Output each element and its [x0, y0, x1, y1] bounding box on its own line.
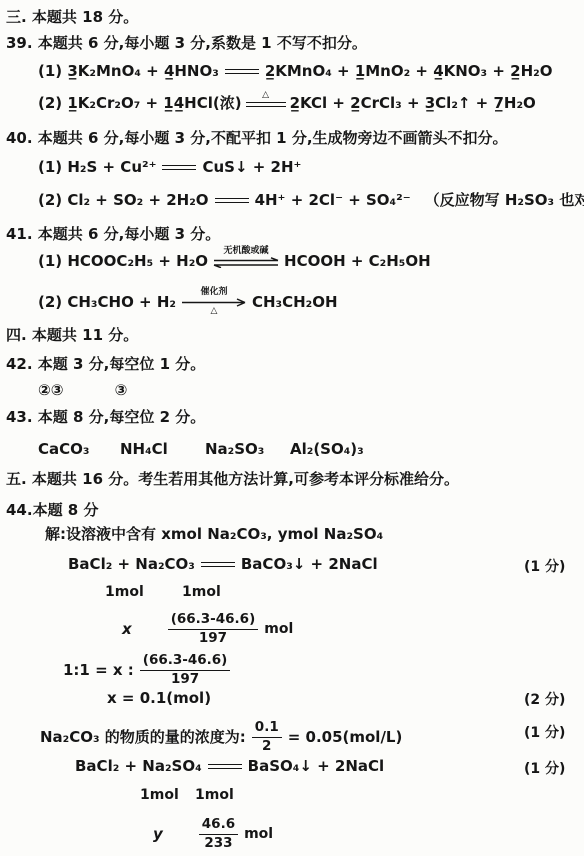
q40-equation-2: (2) Cl₂ + SO₂ + 2H₂O 4H⁺ + 2Cl⁻ + SO₄²⁻ … — [38, 191, 584, 209]
equals-sign — [225, 69, 259, 74]
part4-heading: 四. 本题共 11 分。 — [6, 326, 138, 344]
q41-heading: 41. 本题共 6 分,每小题 3 分。 — [6, 225, 220, 243]
part5-heading: 五. 本题共 16 分。考生若用其他方法计算,可参考本评分标准给分。 — [6, 470, 459, 488]
equation-rhs: 2̲KMnO₄ + 1̲MnO₂ + 4̲KNO₃ + 2̲H₂O — [265, 62, 553, 80]
answer-blank-2: NH₄Cl — [120, 440, 168, 458]
reaction-arrow-with-conditions: 催化剂 △ — [180, 288, 248, 317]
equation-lhs: BaCl₂ + Na₂SO₄ — [75, 757, 202, 775]
q39-equation-2: (2) 1̲K₂Cr₂O₇ + 1̲4̲HCl(浓) △ 2̲KCl + 2̲C… — [38, 94, 536, 112]
alternative-answer-note: （反应物写 H₂SO₃ 也对） — [425, 191, 584, 209]
equation-rhs: BaCO₃↓ + 2NaCl — [241, 555, 378, 573]
fraction: (66.3-46.6) 197 — [140, 652, 231, 688]
equals-sign — [208, 764, 242, 769]
equals-sign — [246, 102, 286, 107]
mol-amount: 1mol — [140, 787, 179, 804]
equation-lhs: (2) 1̲K₂Cr₂O₇ + 1̲4̲HCl(浓) — [38, 94, 242, 112]
q42-heading: 42. 本题 3 分,每空位 1 分。 — [6, 355, 205, 373]
answer-blank-1: ②③ — [38, 381, 63, 399]
answer-blank-3: Na₂SO₃ — [205, 440, 264, 458]
equals-sign — [215, 198, 249, 203]
answer-blank-4: Al₂(SO₄)₃ — [290, 440, 364, 458]
exam-answer-key-page: 三. 本题共 18 分。 39. 本题共 6 分,每小题 3 分,系数是 1 不… — [0, 0, 584, 856]
fraction: (66.3-46.6) 197 — [168, 611, 259, 647]
variable-y: y — [153, 825, 163, 843]
q42-answers: ②③ ③ — [38, 381, 127, 399]
q44-solution-intro: 解:设溶液中含有 xmol Na₂CO₃, ymol Na₂SO₄ — [45, 525, 383, 543]
q44-x-result: x = 0.1(mol) — [107, 689, 211, 707]
equation-rhs: BaSO₄↓ + 2NaCl — [248, 757, 385, 775]
q44-heading: 44.本题 8 分 — [6, 501, 98, 519]
q44-equation-1: BaCl₂ + Na₂CO₃ BaCO₃↓ + 2NaCl — [68, 555, 378, 573]
fraction-denominator: 233 — [204, 835, 232, 853]
score-label: (1 分) — [524, 722, 565, 742]
equation-rhs: 2̲KCl + 2̲CrCl₃ + 3̲Cl₂↑ + 7̲H₂O — [290, 94, 536, 112]
answer-blank-1: CaCO₃ — [38, 440, 89, 458]
delta-icon: △ — [210, 307, 217, 317]
q41-equation-2: (2) CH₃CHO + H₂ 催化剂 △ CH₃CH₂OH — [38, 288, 338, 317]
equation-rhs: CuS↓ + 2H⁺ — [202, 158, 301, 176]
concentration-text: Na₂CO₃ 的物质的量的浓度为: — [40, 728, 246, 746]
mol-amount: 1mol — [182, 584, 221, 601]
equation-rhs: CH₃CH₂OH — [252, 293, 338, 311]
score-label: (2 分) — [524, 689, 565, 709]
q44-equation-2: BaCl₂ + Na₂SO₄ BaSO₄↓ + 2NaCl — [75, 757, 384, 775]
q44-ratio-y-row: y 46.6 233 mol — [153, 816, 273, 852]
equation-lhs: (1) H₂S + Cu²⁺ — [38, 158, 156, 176]
fraction: 46.6 233 — [199, 816, 238, 852]
proportion-text: 1:1 = x : — [63, 661, 134, 679]
q39-equation-1: (1) 3̲K₂MnO₄ + 4̲HNO₃ 2̲KMnO₄ + 1̲MnO₂ +… — [38, 62, 552, 80]
fraction-numerator: (66.3-46.6) — [140, 652, 231, 671]
equilibrium-arrow-icon — [212, 257, 280, 268]
q44-proportion-row: 1:1 = x : (66.3-46.6) 197 — [63, 652, 236, 688]
fraction-numerator: 0.1 — [252, 719, 282, 738]
fraction-denominator: 197 — [199, 630, 227, 648]
q39-heading: 39. 本题共 6 分,每小题 3 分,系数是 1 不写不扣分。 — [6, 34, 367, 52]
delta-equals-sign: △ — [246, 91, 286, 107]
fraction-denominator: 2 — [262, 738, 271, 756]
equation-lhs: BaCl₂ + Na₂CO₃ — [68, 555, 195, 573]
part3-heading: 三. 本题共 18 分。 — [6, 8, 138, 26]
equals-sign — [201, 562, 235, 567]
fraction-numerator: 46.6 — [199, 816, 238, 835]
equation-rhs: 4H⁺ + 2Cl⁻ + SO₄²⁻ — [255, 191, 411, 209]
q40-heading: 40. 本题共 6 分,每小题 3 分,不配平扣 1 分,生成物旁边不画箭头不扣… — [6, 129, 508, 147]
score-label: (1 分) — [524, 758, 565, 778]
unit-label: mol — [244, 826, 273, 843]
fraction-denominator: 197 — [171, 671, 199, 689]
mol-amount: 1mol — [105, 584, 144, 601]
catalyst-label: 催化剂 — [200, 288, 227, 298]
fraction: 0.1 2 — [252, 719, 282, 755]
mol-amount: 1mol — [195, 787, 234, 804]
equation-rhs: HCOOH + C₂H₅OH — [284, 252, 431, 270]
concentration-result: = 0.05(mol/L) — [288, 728, 403, 746]
fraction-numerator: (66.3-46.6) — [168, 611, 259, 630]
q44-ratio-x-row: x (66.3-46.6) 197 mol — [122, 611, 293, 647]
variable-x: x — [122, 620, 132, 638]
q44-concentration-row: Na₂CO₃ 的物质的量的浓度为: 0.1 2 = 0.05(mol/L) — [40, 719, 402, 755]
equation-lhs: (2) CH₃CHO + H₂ — [38, 293, 176, 311]
condition-label: 无机酸或碱 — [224, 247, 269, 257]
q41-equation-1: (1) HCOOC₂H₅ + H₂O 无机酸或碱 HCOOH + C₂H₅OH — [38, 251, 431, 272]
unit-label: mol — [264, 621, 293, 638]
q40-equation-1: (1) H₂S + Cu²⁺ CuS↓ + 2H⁺ — [38, 158, 301, 176]
equation-lhs: (2) Cl₂ + SO₂ + 2H₂O — [38, 191, 209, 209]
q43-heading: 43. 本题 8 分,每空位 2 分。 — [6, 408, 205, 426]
answer-blank-2: ③ — [115, 381, 128, 399]
equation-lhs: (1) HCOOC₂H₅ + H₂O — [38, 252, 208, 270]
equilibrium-arrow-with-condition: 无机酸或碱 — [212, 247, 280, 268]
equals-sign — [162, 165, 196, 170]
equation-lhs: (1) 3̲K₂MnO₄ + 4̲HNO₃ — [38, 62, 219, 80]
score-label: (1 分) — [524, 556, 565, 576]
delta-icon: △ — [262, 91, 269, 101]
